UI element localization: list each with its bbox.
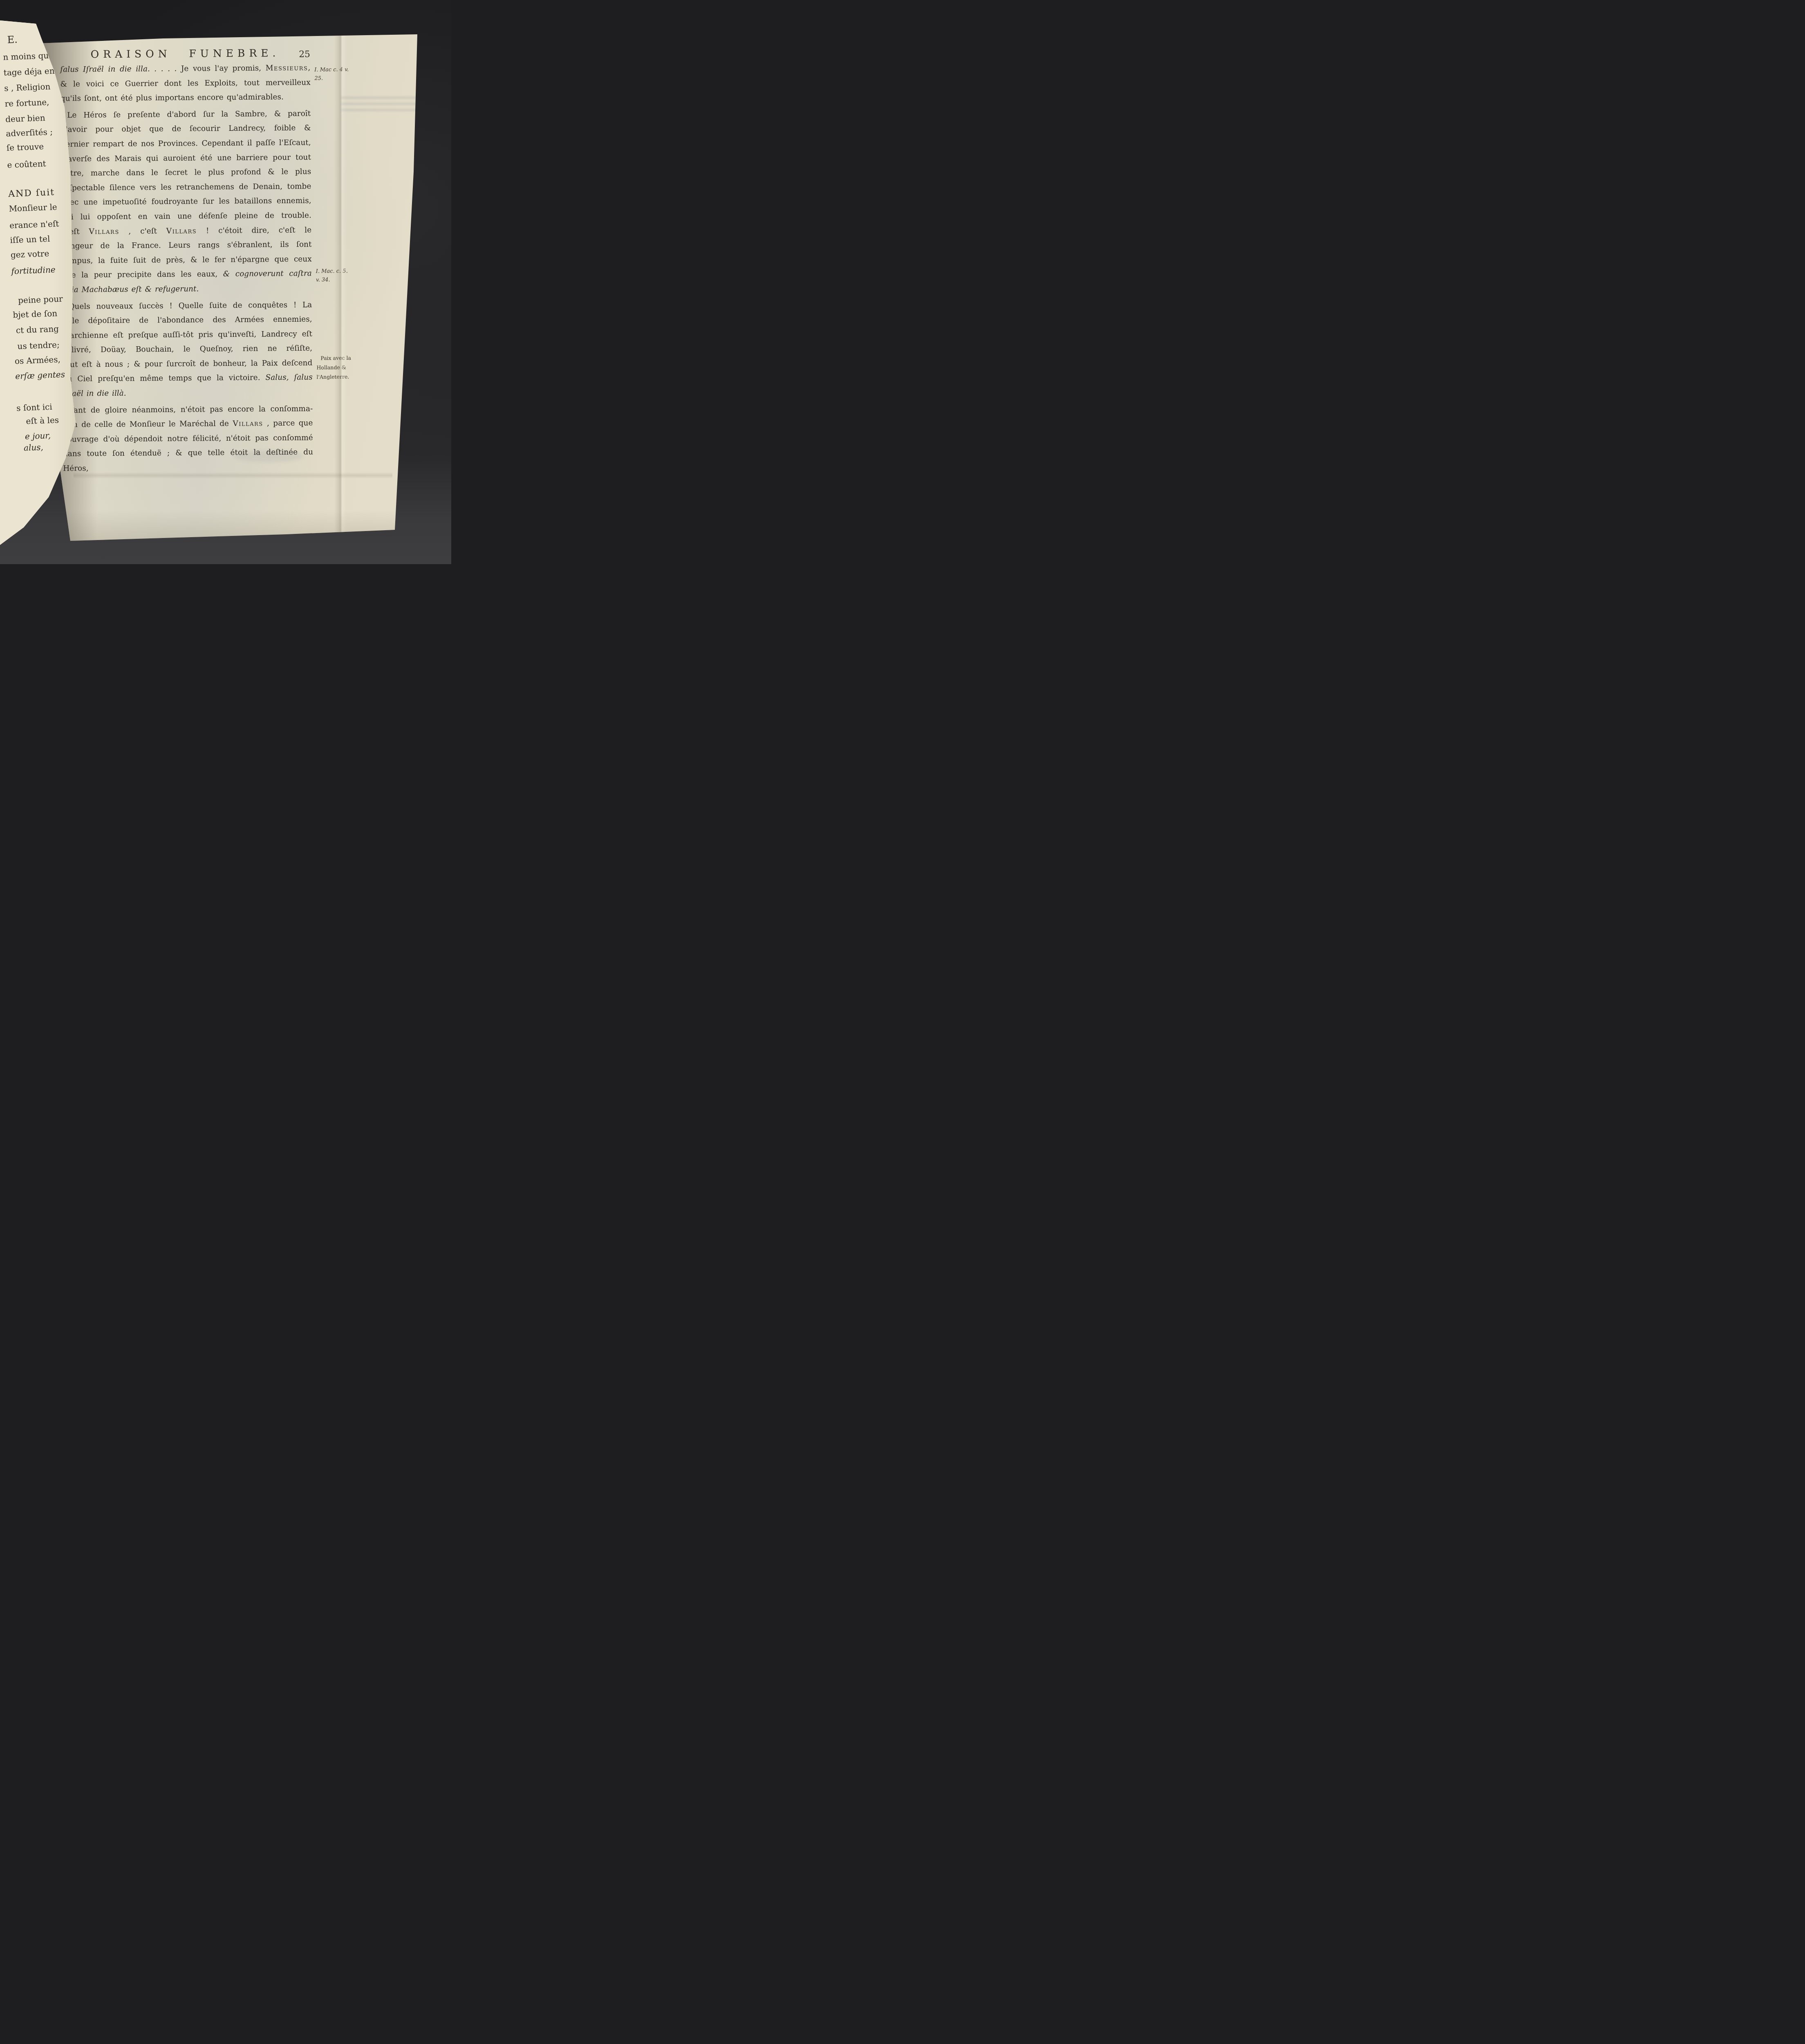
text-segment: Villars (233, 419, 263, 428)
body-line: Quels nouveaux ſuccès ! Quelle ſuite de … (62, 298, 312, 314)
left-page-fragment: iſſe un tel (10, 234, 50, 245)
text-segment: Marchienne eſt preſque auſſi-tôt pris qu… (62, 329, 312, 340)
text-segment: qui lui oppoſent en vain une défenſe ple… (61, 211, 311, 221)
text-segment: reſpectable ſilence vers les retrancheme… (61, 182, 311, 192)
body-line: dernier rempart de nos Provinces. Cepend… (60, 136, 311, 152)
body-line: l'ouvrage d'où dépendoit notre félicité,… (63, 430, 313, 447)
body-line: délivré, Doüay, Bouchain, le Queſnoy, ri… (62, 341, 312, 358)
text-segment: quia Machabæus eſt & refugerunt. (62, 285, 199, 294)
body-line: traverſe des Marais qui auroient été une… (61, 150, 311, 166)
text-segment: délivré, Doüay, Bouchain, le Queſnoy, ri… (62, 344, 312, 354)
body-line: avec une impetuoſité foudroyante ſur les… (61, 194, 311, 210)
body-line: autre, marche dans le ſecret le plus pro… (61, 165, 311, 181)
running-header: ORAISON FUNEBRE. (60, 47, 310, 61)
margin-note-line: I. Mac c. 4 v. (314, 65, 349, 74)
text-segment: & le voici ce Guerrier dont les Exploits… (60, 78, 311, 88)
left-page-fragment: deur bien (5, 113, 45, 124)
text-segment: n'avoir pour objet que de ſecourir Landr… (60, 124, 311, 134)
left-page-fragment: e jour, (25, 430, 51, 441)
left-page-fragment: os Armées, (14, 354, 60, 366)
body-line: ſalus Iſraël in die illa. . . . . Je vou… (60, 61, 310, 77)
body-line: vengeur de la France. Leurs rangs s'ébra… (61, 238, 311, 254)
text-segment: qu'ils ſont, ont été plus importans enco… (60, 93, 284, 103)
body-line: Marchienne eſt preſque auſſi-tôt pris qu… (62, 327, 312, 343)
text-segment: Quels nouveaux ſuccès ! Quelle ſuite de … (68, 300, 312, 311)
text-segment: Je vous l'ay promis, (181, 64, 266, 73)
left-page-fragment: us tendre; (17, 340, 60, 351)
text-segment: Ville dépoſitaire de l'abondance des Arm… (62, 315, 312, 325)
margin-note: I. Mac c. 4 v.25. (314, 65, 349, 83)
left-page-fragment: erance n'eſt (9, 219, 59, 231)
text-segment: vengeur de la France. Leurs rangs s'ébra… (61, 240, 311, 251)
text-segment: dernier rempart de nos Provinces. Cepend… (61, 139, 311, 149)
text-segment: ! c'étoit dire, c'eſt le (197, 226, 311, 235)
body-line: tion de celle de Monſieur le Maréchal de… (63, 416, 313, 433)
body-line: que la peur precipite dans les eaux, & c… (62, 267, 312, 283)
page-header: ORAISON FUNEBRE. 25 (60, 47, 310, 63)
margin-note-line: Paix avec la (316, 353, 367, 363)
scanner-bed: ORAISON FUNEBRE. 25 ſalus Iſraël in die … (0, 0, 451, 564)
text-segment: Villars (166, 226, 197, 235)
body-line: C'eſt Villars , c'eſt Villars ! c'étoit … (61, 223, 311, 239)
left-page-fragment: tage déja en (3, 66, 55, 78)
margin-note: Paix avec laHollande &l'Angleterre. (316, 353, 367, 382)
left-page-fragment: bjet de ſon (13, 308, 57, 320)
margin-note-line: 25. (314, 74, 349, 83)
body-line: & le voici ce Guerrier dont les Exploits… (60, 75, 310, 92)
body-line: Le Héros ſe preſente d'abord ſur la Samb… (60, 106, 311, 123)
text-segment: rompus, la fuite ſuit de près, & le fer … (62, 255, 312, 265)
left-page-fragment: alus, (24, 442, 44, 453)
text-segment: Tant de gloire néanmoins, n'étoit pas en… (69, 404, 313, 415)
body-line: qu'ils ſont, ont été plus importans enco… (60, 90, 311, 106)
left-page-fragment: erſæ gentes (15, 370, 65, 381)
left-page-fragment: peine pour (18, 294, 63, 305)
left-page-fragment: re fortune, (4, 97, 49, 109)
left-page-fragment: s , Religion (4, 81, 51, 93)
left-page-fragment: s ſont ici (16, 402, 52, 413)
text-segment: tout eſt à nous ; & pour ſurcroît de bon… (62, 359, 312, 369)
text-segment: traverſe des Marais qui auroient été une… (61, 153, 311, 163)
left-page-fragment: adverſités ; (6, 127, 53, 138)
body-line: tout eſt à nous ; & pour ſurcroît de bon… (62, 356, 312, 372)
body-line: qui lui oppoſent en vain une défenſe ple… (61, 208, 311, 224)
body-line: rompus, la fuite ſuit de près, & le fer … (61, 252, 311, 268)
text-segment: , (308, 64, 310, 72)
body-line: Tant de gloire néanmoins, n'étoit pas en… (63, 401, 313, 418)
margin-note-line: Hollande & (316, 363, 367, 372)
text-segment: tion de celle de Monſieur le Maréchal de (63, 419, 233, 429)
left-page-fragment: ſe trouve (6, 141, 44, 152)
text-segment: dans toute ſon étenduë ; & que telle éto… (63, 448, 313, 473)
text-segment: , c'eſt (119, 227, 166, 236)
text-segment: , parce que (263, 419, 313, 428)
body-line: n'avoir pour objet que de ſecourir Landr… (60, 121, 311, 137)
left-page-fragment: gez votre (10, 249, 49, 260)
left-page-fragment: e coûtent (7, 159, 46, 170)
body-line: dans toute ſon étenduë ; & que telle éto… (63, 445, 313, 476)
left-page-fragment: fortitudine (11, 264, 56, 276)
left-page-fragment: n moins que (3, 50, 54, 62)
margin-note-line: v. 34. (316, 276, 348, 285)
body-line: Ville dépoſitaire de l'abondance des Arm… (62, 312, 312, 329)
text-segment: avec une impetuoſité foudroyante ſur les… (61, 197, 311, 207)
left-page-fragment: eſt à les (26, 415, 59, 426)
body-line: du Ciel preſqu'en même temps que la vict… (62, 370, 312, 387)
text-segment: Villars (89, 227, 119, 236)
left-page-fragment: ct du rang (16, 324, 59, 335)
body-line: reſpectable ſilence vers les retrancheme… (61, 179, 311, 195)
text-segment: du Ciel preſqu'en même temps que la vict… (63, 374, 266, 383)
body-line: quia Machabæus eſt & refugerunt. (62, 281, 312, 297)
text-segment: & cognoverunt caſtra (223, 269, 312, 279)
margin-note: I. Mac. c. 5.v. 34. (316, 267, 348, 285)
left-page-fragment: E. (7, 34, 18, 45)
margin-note-line: l'Angleterre. (317, 372, 368, 382)
text-segment: l'ouvrage d'où dépendoit notre félicité,… (63, 433, 313, 444)
text-segment: autre, marche dans le ſecret le plus pro… (61, 168, 311, 178)
left-page-fragment: Monſieur le (9, 202, 57, 214)
text-segment: que la peur precipite dans les eaux, (62, 270, 223, 280)
body-line: Iſraël in die illà. (63, 385, 313, 401)
left-page-fragment: AND ſuit (8, 187, 55, 199)
text-segment: Messieurs (266, 64, 308, 73)
text-block: ſalus Iſraël in die illa. . . . . Je vou… (60, 61, 313, 476)
text-segment: Le Héros ſe preſente d'abord ſur la Samb… (67, 109, 311, 119)
text-segment: Salus, ſalus (265, 373, 312, 382)
text-segment: ſalus Iſraël in die illa. . . . . (60, 65, 181, 74)
margin-note-line: I. Mac. c. 5. (316, 267, 348, 276)
page-number: 25 (299, 49, 310, 60)
